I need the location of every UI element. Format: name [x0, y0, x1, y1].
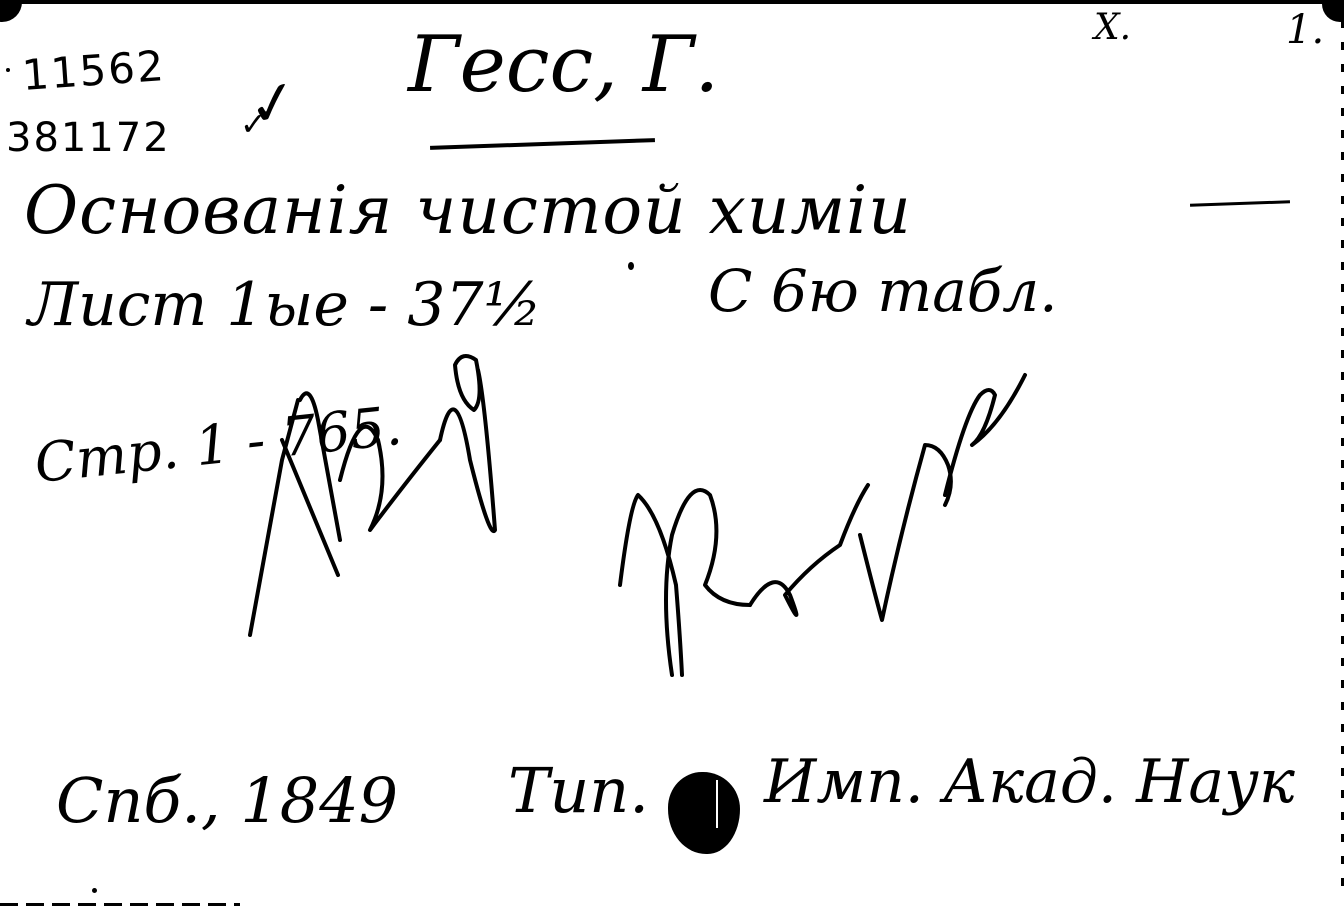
signature-left	[240, 340, 520, 640]
ink-speck	[628, 262, 634, 270]
imprint-place-year: Спб., 1849	[56, 770, 398, 832]
plate-count: С 6ю табл.	[708, 262, 1058, 320]
check-mark-icon: ✓	[240, 108, 267, 140]
call-number-secondary: 381172	[6, 118, 171, 158]
book-title: Основанія чистой химіи	[24, 178, 912, 244]
imprint-printer-name: Имп. Акад. Наук	[764, 752, 1295, 812]
sheet-count: Лист 1ые - 37½	[28, 275, 542, 335]
title-end-stroke	[1190, 200, 1290, 206]
ink-speck	[6, 68, 10, 72]
corner-mark-right: 1.	[1286, 10, 1324, 50]
call-number-primary: 11562	[21, 45, 167, 97]
author-underline	[430, 138, 655, 150]
imprint-printer-abbrev: Тип.	[508, 760, 649, 822]
signature-right	[610, 355, 1030, 715]
corner-mark-left: X.	[1094, 10, 1131, 46]
author-heading: Гесс, Г.	[408, 26, 719, 104]
card-corner-top-left	[0, 0, 22, 22]
card-corner-top-right	[1322, 0, 1344, 22]
punch-hole	[668, 772, 740, 854]
ink-speck	[92, 888, 97, 893]
catalog-card: 11562 381172 ✓ ✓ X. 1. Гесс, Г. Основані…	[0, 0, 1344, 906]
card-top-edge	[0, 0, 1344, 4]
